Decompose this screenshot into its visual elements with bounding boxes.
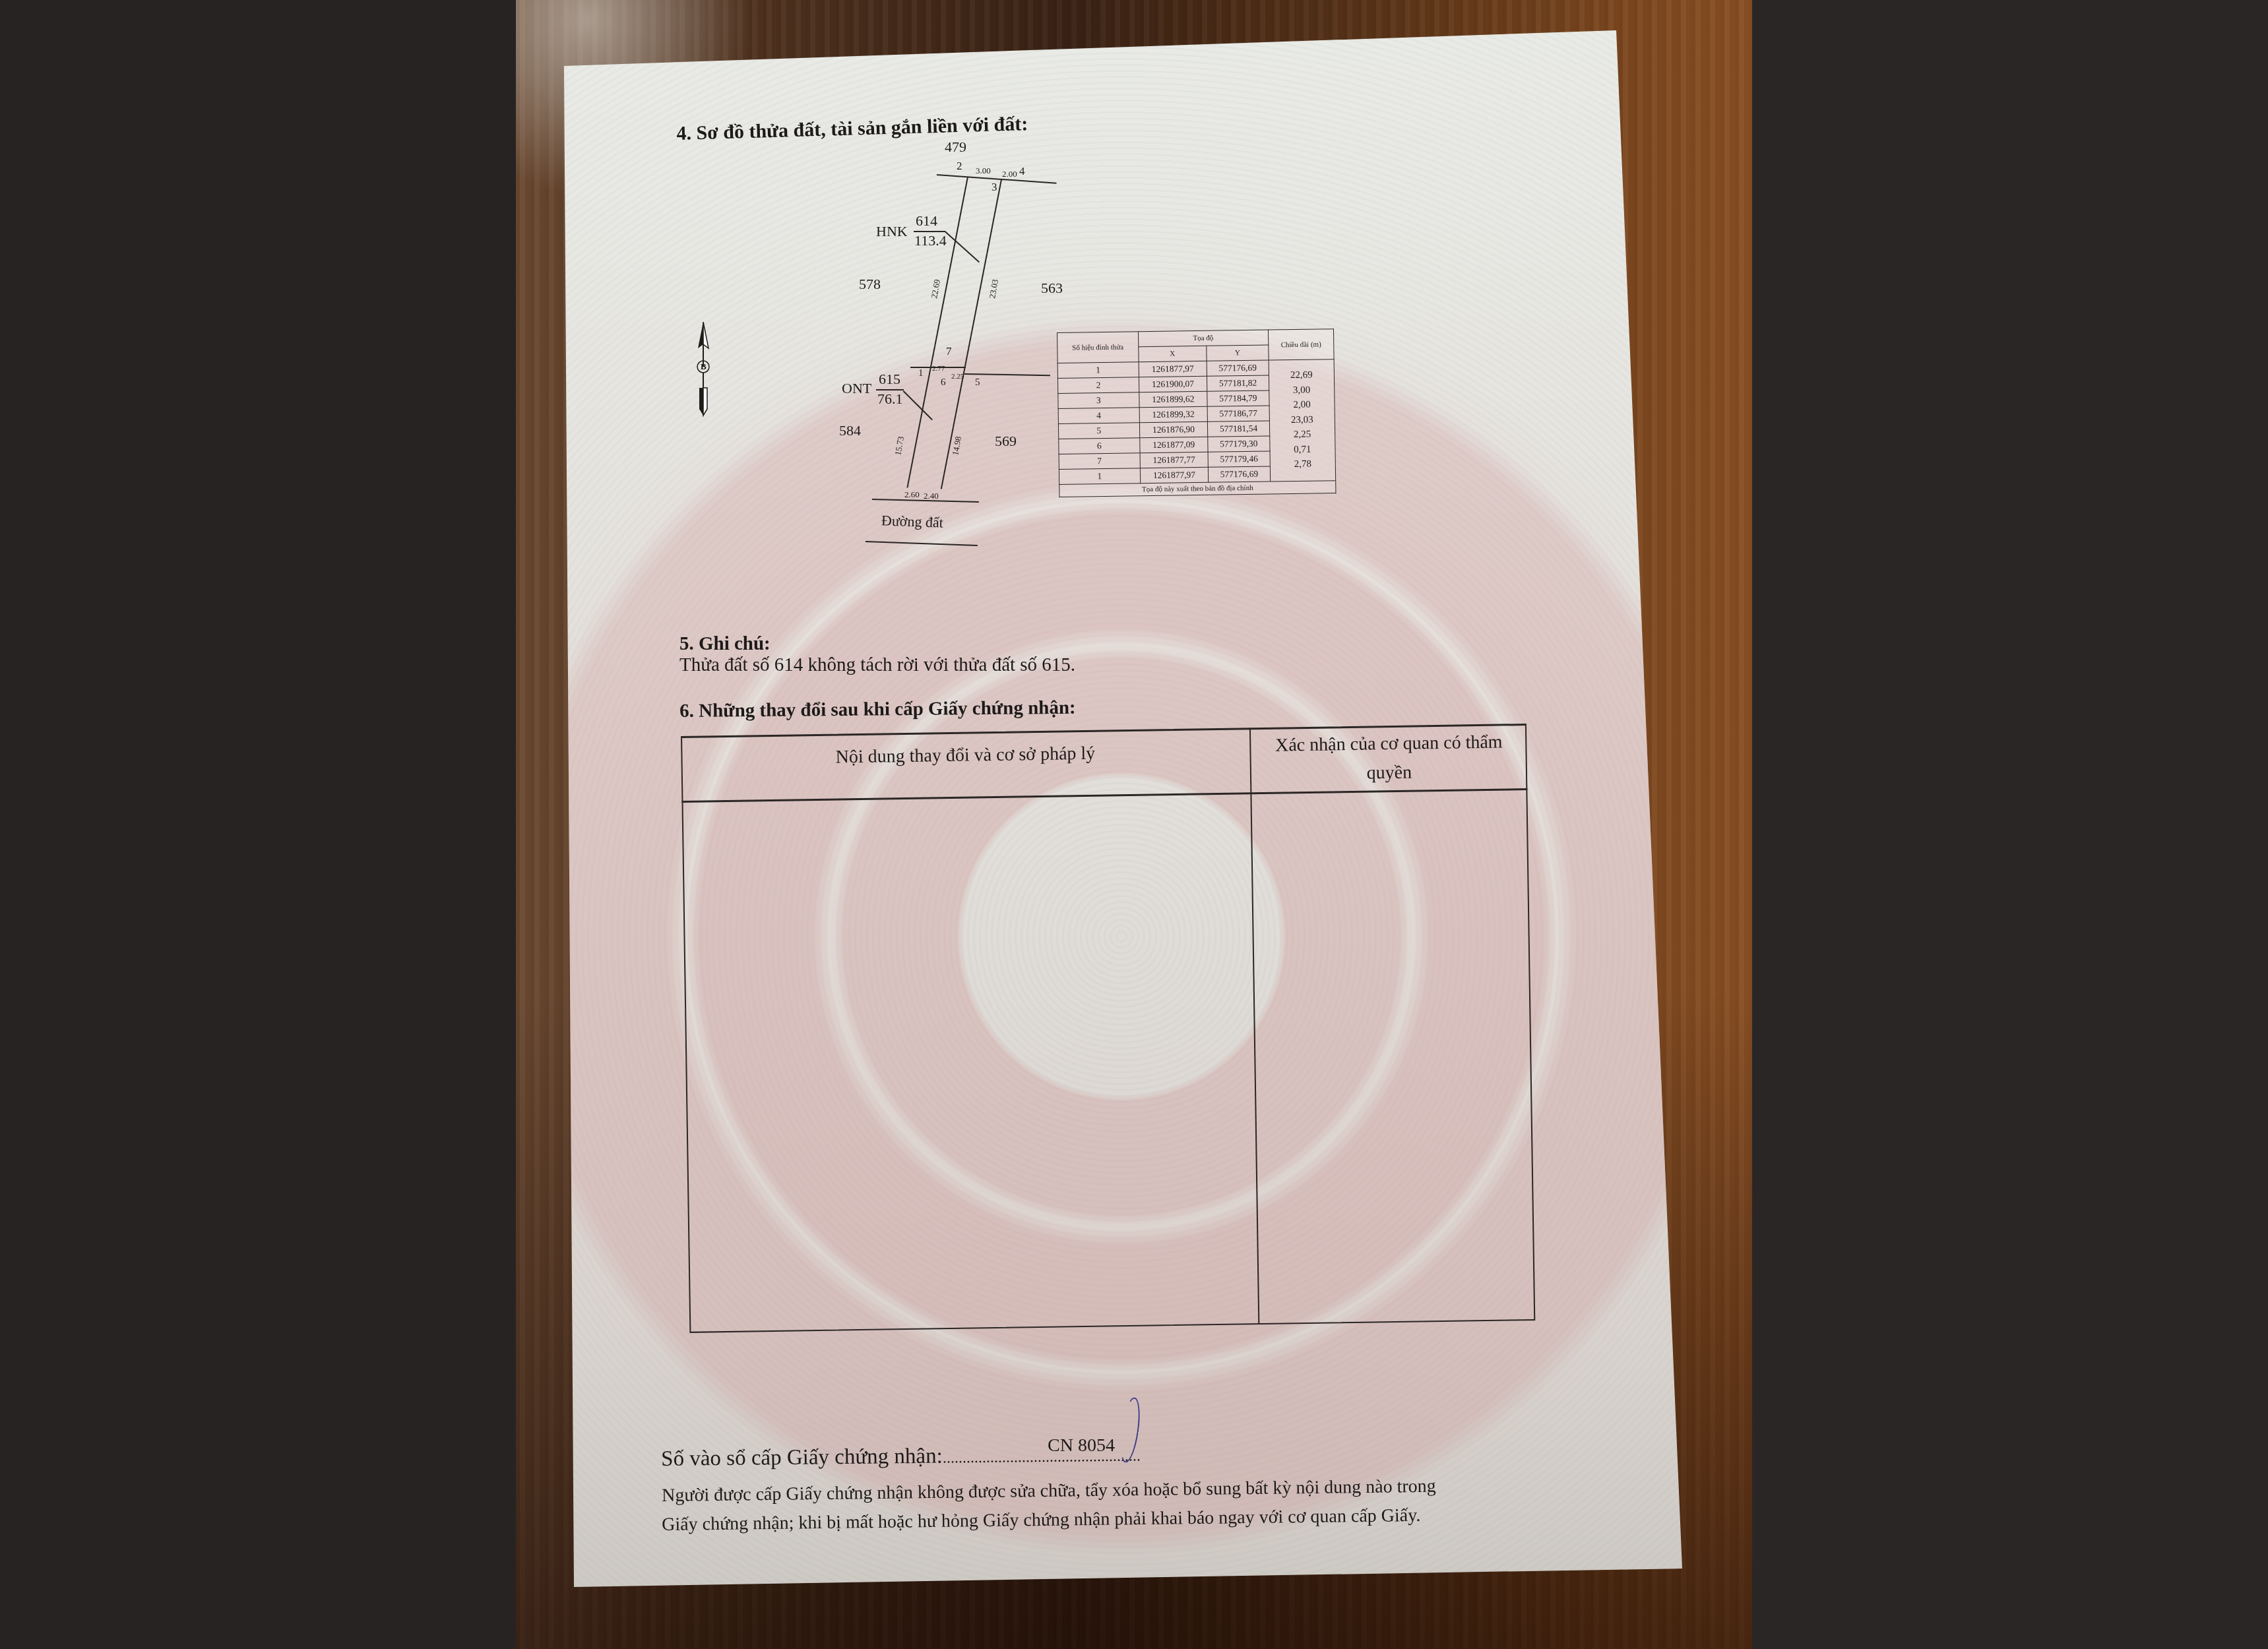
parcel-615-number: 615 bbox=[879, 371, 900, 388]
col-header-authority-confirmation: Xác nhận của cơ quan có thẩm quyền bbox=[1251, 728, 1527, 790]
vertex-6: 6 bbox=[941, 377, 946, 389]
dark-border-left bbox=[0, 0, 516, 1649]
col-header-x: X bbox=[1138, 346, 1207, 361]
north-arrow-label: B bbox=[701, 361, 707, 372]
vertex-4: 4 bbox=[1019, 165, 1025, 178]
table-row: 1 1261877,97 577176,69 22,69 3,00 2,00 2… bbox=[1057, 359, 1334, 379]
parcel-615-land-type: ONT bbox=[842, 380, 871, 397]
col-header-coords: Tọa độ bbox=[1138, 330, 1269, 347]
changes-confirmation-cell[interactable] bbox=[1254, 792, 1532, 1322]
parcel-614-area: 113.4 bbox=[914, 232, 947, 249]
changes-table: Nội dung thay đổi và cơ sở pháp lý Xác n… bbox=[681, 724, 1535, 1333]
vertex-1: 1 bbox=[918, 368, 924, 379]
vertex-5: 5 bbox=[975, 377, 980, 389]
edge-length-6-5: 2.25 bbox=[951, 373, 964, 381]
col-header-vertex: Số hiệu đỉnh thửa bbox=[1057, 332, 1139, 363]
parcel-614-number: 614 bbox=[916, 212, 937, 230]
vertex-3: 3 bbox=[992, 181, 997, 194]
neighbor-parcel-584: 584 bbox=[839, 422, 861, 439]
vertex-7: 7 bbox=[946, 345, 952, 358]
parcel-614-land-type: HNK bbox=[876, 223, 908, 240]
edge-length-bottom-left: 2.60 bbox=[904, 489, 920, 500]
dark-border-right bbox=[1752, 0, 2268, 1649]
section6-heading: 6. Những thay đổi sau khi cấp Giấy chứng… bbox=[679, 697, 1076, 722]
neighbor-parcel-563: 563 bbox=[1041, 280, 1063, 297]
neighbor-parcel-569: 569 bbox=[995, 433, 1017, 450]
coordinate-table: Số hiệu đỉnh thửa Tọa độ Chiều dài (m) X… bbox=[1057, 328, 1336, 497]
col-header-length: Chiều dài (m) bbox=[1268, 329, 1334, 360]
length-column: 22,69 3,00 2,00 23,03 2,25 0,71 2,78 bbox=[1269, 359, 1336, 482]
vertex-2: 2 bbox=[957, 160, 962, 173]
registry-number: CN 8054 bbox=[1048, 1435, 1115, 1456]
section5-note: Thửa đất số 614 không tách rời với thửa … bbox=[679, 654, 1075, 676]
registry-label-text: Số vào sổ cấp Giấy chứng nhận: bbox=[661, 1445, 943, 1471]
neighbor-parcel-479: 479 bbox=[945, 139, 966, 156]
changes-content-cell[interactable] bbox=[685, 796, 1256, 1330]
neighbor-parcel-578: 578 bbox=[859, 276, 881, 293]
edge-length-bottom-right: 2.40 bbox=[924, 491, 939, 501]
road-label: Đường đất bbox=[881, 512, 944, 531]
edge-length-3-4: 2.00 bbox=[1002, 169, 1017, 179]
section5-heading: 5. Ghi chú: bbox=[679, 633, 771, 655]
col-header-y: Y bbox=[1207, 345, 1269, 361]
edge-length-1-7: 2.77 bbox=[932, 365, 945, 373]
parcel-615-area: 76.1 bbox=[877, 390, 903, 408]
edge-length-2-3: 3.00 bbox=[976, 166, 991, 176]
